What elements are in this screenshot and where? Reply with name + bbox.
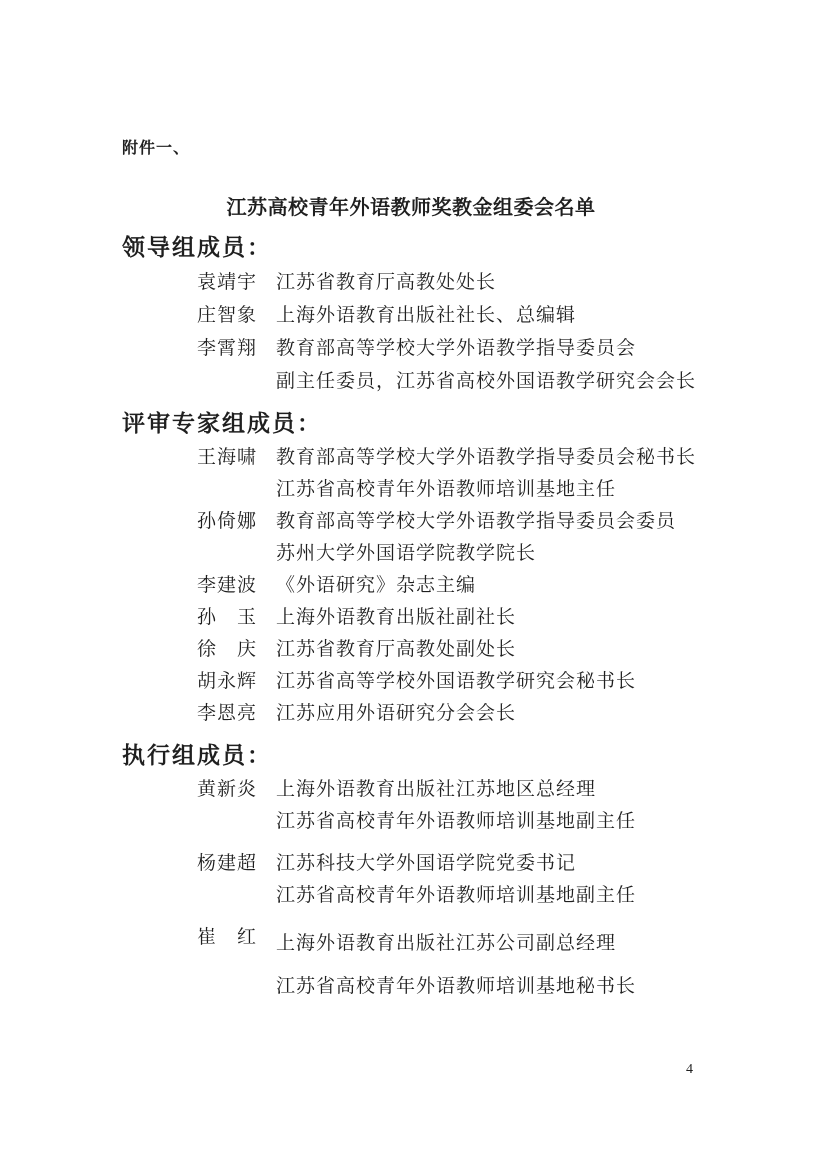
member-row: 袁靖宇 江苏省教育厅高教处处长: [197, 266, 822, 299]
member-title: 副主任委员，江苏省高校外国语教学研究会会长: [276, 365, 822, 398]
member-name: 孙 玉: [197, 602, 276, 634]
member-title: 教育部高等学校大学外语教学指导委员会委员: [276, 506, 822, 538]
member-title: 江苏应用外语研究分会会长: [276, 698, 822, 730]
member-title: 《外语研究》杂志主编: [276, 570, 822, 602]
member-titles: 江苏省高等学校外国语教学研究会秘书长: [276, 666, 822, 698]
member-title: 江苏省高校青年外语教师培训基地秘书长: [276, 965, 822, 1008]
member-row: 王海啸 教育部高等学校大学外语教学指导委员会秘书长 江苏省高校青年外语教师培训基…: [197, 442, 822, 506]
member-name: 李建波: [197, 570, 276, 602]
member-title: 江苏省高校青年外语教师培训基地主任: [276, 474, 822, 506]
section-heading: 领导组成员：: [122, 232, 822, 262]
member-row: 李建波 《外语研究》杂志主编: [197, 570, 822, 602]
member-title: 上海外语教育出版社副社长: [276, 602, 822, 634]
member-titles: 江苏应用外语研究分会会长: [276, 698, 822, 730]
member-titles: 《外语研究》杂志主编: [276, 570, 822, 602]
member-title: 江苏省高等学校外国语教学研究会秘书长: [276, 666, 822, 698]
member-title: 上海外语教育出版社江苏公司副总经理: [276, 922, 822, 965]
member-name: 孙倚娜: [197, 506, 276, 570]
member-name: 李霄翔: [197, 332, 276, 398]
document-page: 附件一、 江苏高校青年外语教师奖教金组委会名单 领导组成员： 袁靖宇 江苏省教育…: [0, 0, 822, 1163]
member-titles: 教育部高等学校大学外语教学指导委员会委员 苏州大学外国语学院教学院长: [276, 506, 822, 570]
member-title: 江苏省高校青年外语教师培训基地副主任: [276, 880, 822, 912]
member-titles: 上海外语教育出版社江苏地区总经理 江苏省高校青年外语教师培训基地副主任: [276, 774, 822, 838]
member-name: 徐 庆: [197, 634, 276, 666]
section-review-experts: 评审专家组成员： 王海啸 教育部高等学校大学外语教学指导委员会秘书长 江苏省高校…: [0, 408, 822, 730]
member-titles: 教育部高等学校大学外语教学指导委员会 副主任委员，江苏省高校外国语教学研究会会长: [276, 332, 822, 398]
member-title: 上海外语教育出版社江苏地区总经理: [276, 774, 822, 806]
member-row: 杨建超 江苏科技大学外国语学院党委书记 江苏省高校青年外语教师培训基地副主任: [197, 848, 822, 912]
member-name: 庄智象: [197, 299, 276, 332]
page-title: 江苏高校青年外语教师奖教金组委会名单: [0, 194, 822, 222]
member-row: 李恩亮 江苏应用外语研究分会会长: [197, 698, 822, 730]
member-title: 教育部高等学校大学外语教学指导委员会: [276, 332, 822, 365]
page-number: 4: [686, 1062, 693, 1078]
member-row: 李霄翔 教育部高等学校大学外语教学指导委员会 副主任委员，江苏省高校外国语教学研…: [197, 332, 822, 398]
member-row: 孙 玉 上海外语教育出版社副社长: [197, 602, 822, 634]
member-titles: 江苏科技大学外国语学院党委书记 江苏省高校青年外语教师培训基地副主任: [276, 848, 822, 912]
member-name: 袁靖宇: [197, 266, 276, 299]
member-title: 上海外语教育出版社社长、总编辑: [276, 299, 822, 332]
member-name: 黄新炎: [197, 774, 276, 838]
member-name: 崔 红: [197, 922, 276, 1008]
member-row: 崔 红 上海外语教育出版社江苏公司副总经理 江苏省高校青年外语教师培训基地秘书长: [197, 922, 822, 1008]
member-name: 杨建超: [197, 848, 276, 912]
member-title: 教育部高等学校大学外语教学指导委员会秘书长: [276, 442, 822, 474]
member-titles: 上海外语教育出版社社长、总编辑: [276, 299, 822, 332]
section-executive: 执行组成员： 黄新炎 上海外语教育出版社江苏地区总经理 江苏省高校青年外语教师培…: [0, 740, 822, 1008]
member-row: 徐 庆 江苏省教育厅高教处副处长: [197, 634, 822, 666]
member-title: 苏州大学外国语学院教学院长: [276, 538, 822, 570]
member-row: 庄智象 上海外语教育出版社社长、总编辑: [197, 299, 822, 332]
member-name: 王海啸: [197, 442, 276, 506]
attachment-label: 附件一、: [122, 140, 822, 158]
member-title: 江苏省教育厅高教处副处长: [276, 634, 822, 666]
member-row: 孙倚娜 教育部高等学校大学外语教学指导委员会委员 苏州大学外国语学院教学院长: [197, 506, 822, 570]
section-leadership: 领导组成员： 袁靖宇 江苏省教育厅高教处处长 庄智象 上海外语教育出版社社长、总…: [0, 232, 822, 398]
member-titles: 教育部高等学校大学外语教学指导委员会秘书长 江苏省高校青年外语教师培训基地主任: [276, 442, 822, 506]
member-row: 黄新炎 上海外语教育出版社江苏地区总经理 江苏省高校青年外语教师培训基地副主任: [197, 774, 822, 838]
member-name: 李恩亮: [197, 698, 276, 730]
member-title: 江苏省高校青年外语教师培训基地副主任: [276, 806, 822, 838]
member-row: 胡永辉 江苏省高等学校外国语教学研究会秘书长: [197, 666, 822, 698]
member-titles: 江苏省教育厅高教处副处长: [276, 634, 822, 666]
section-heading: 评审专家组成员：: [122, 408, 822, 438]
member-name: 胡永辉: [197, 666, 276, 698]
member-titles: 上海外语教育出版社江苏公司副总经理 江苏省高校青年外语教师培训基地秘书长: [276, 922, 822, 1008]
section-heading: 执行组成员：: [122, 740, 822, 770]
member-titles: 江苏省教育厅高教处处长: [276, 266, 822, 299]
member-titles: 上海外语教育出版社副社长: [276, 602, 822, 634]
member-title: 江苏省教育厅高教处处长: [276, 266, 822, 299]
member-title: 江苏科技大学外国语学院党委书记: [276, 848, 822, 880]
